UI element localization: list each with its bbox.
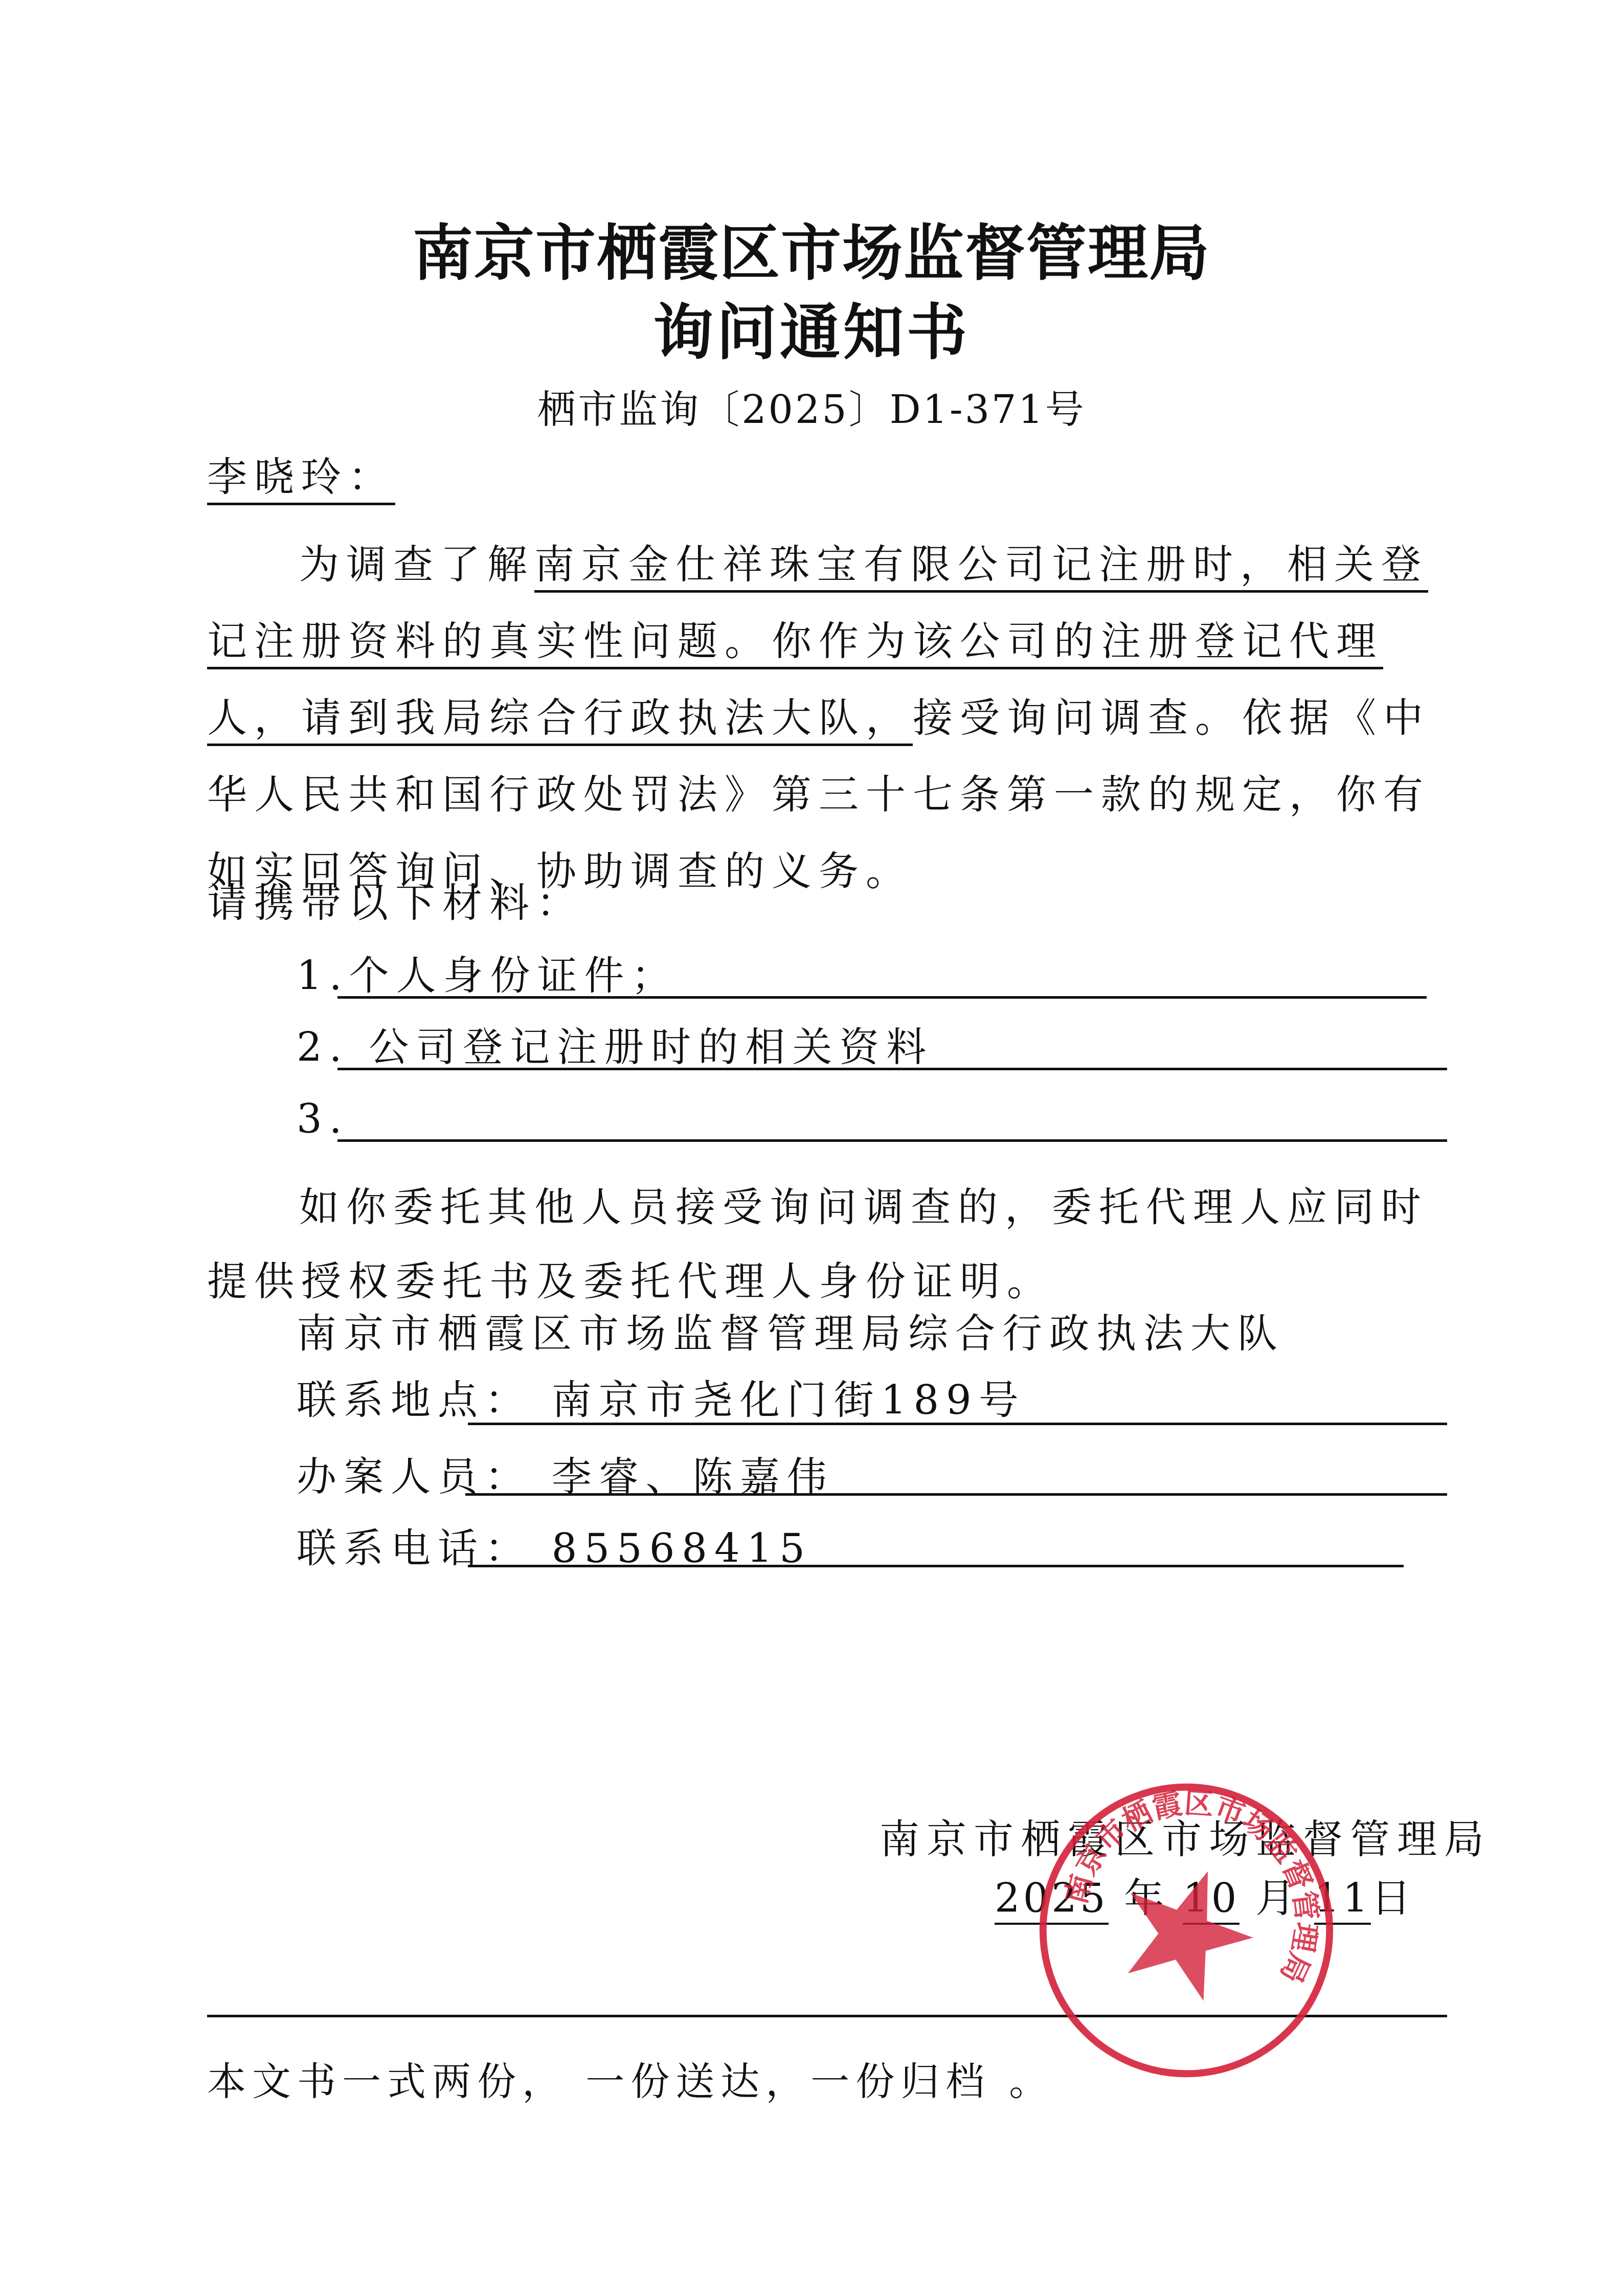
- notice-paragraph-2: 如你委托其他人员接受询问调查的，委托代理人应同时提供授权委托书及委托代理人身份证…: [207, 1171, 1434, 1319]
- proxy-instructions: 如你委托其他人员接受询问调查的，委托代理人应同时提供授权委托书及委托代理人身份证…: [207, 1185, 1428, 1305]
- material-2-underline: [337, 1068, 1447, 1070]
- document-page: 南京市栖霞区市场监督管理局 询问通知书 栖市监询〔2025〕D1-371号 李晓…: [0, 0, 1623, 2296]
- material-item-1: 1.个人身份证件；: [297, 956, 678, 996]
- issue-date: 2025 年 10 月 11日: [995, 1866, 1414, 1924]
- contact-address: 联系地点： 南京市尧化门街189号: [297, 1381, 1026, 1421]
- document-title-agency: 南京市栖霞区市场监督管理局: [0, 205, 1623, 291]
- phone-underline: [468, 1565, 1404, 1567]
- year-label: 年: [1124, 1876, 1167, 1922]
- address-value: 南京市尧化门街189号: [532, 1378, 1026, 1424]
- staff-underline: [465, 1493, 1447, 1496]
- document-title-type: 询问通知书: [0, 284, 1623, 371]
- material-text: 公司登记注册时的相关资料: [349, 1025, 933, 1071]
- date-day: 11: [1314, 1876, 1371, 1925]
- month-label: 月: [1255, 1876, 1298, 1922]
- material-number: 1.: [297, 953, 349, 999]
- material-number: 2.: [297, 1025, 349, 1071]
- enforcement-unit-name: 南京市栖霞区市场监督管理局综合行政执法大队: [297, 1314, 1284, 1354]
- notice-paragraph-1: 为调查了解南京金仕祥珠宝有限公司记注册时，相关登记注册资料的真实性问题。你作为该…: [207, 527, 1434, 910]
- footer-copies-note: 本文书一式两份， 一份送达，一份归档 。: [207, 2051, 1054, 2106]
- material-3-underline: [337, 1139, 1447, 1142]
- material-number: 3.: [297, 1096, 349, 1142]
- material-item-3: 3.: [297, 1099, 349, 1139]
- paragraph-lead: 为调查了解: [299, 542, 534, 588]
- date-month: 10: [1183, 1876, 1239, 1925]
- issuing-agency-signature: 南京市栖霞区市场监督管理局: [880, 1808, 1491, 1865]
- recipient-salutation: 李晓玲：: [207, 458, 395, 498]
- material-item-2: 2. 公司登记注册时的相关资料: [297, 1028, 933, 1068]
- date-year: 2025: [995, 1876, 1109, 1925]
- material-text: 个人身份证件；: [349, 953, 678, 999]
- address-label: 联系地点：: [297, 1378, 532, 1424]
- material-1-underline: [337, 996, 1427, 999]
- day-label: 日: [1371, 1876, 1414, 1922]
- address-underline: [468, 1423, 1447, 1425]
- footer-divider: [207, 2015, 1447, 2017]
- case-staff: 办案人员： 李睿、陈嘉伟: [297, 1457, 834, 1497]
- recipient-name: 李晓玲：: [207, 455, 395, 505]
- contact-phone: 联系电话： 85568415: [297, 1529, 812, 1569]
- document-number: 栖市监询〔2025〕D1-371号: [0, 378, 1623, 434]
- materials-label: 请携带以下材料：: [207, 884, 583, 924]
